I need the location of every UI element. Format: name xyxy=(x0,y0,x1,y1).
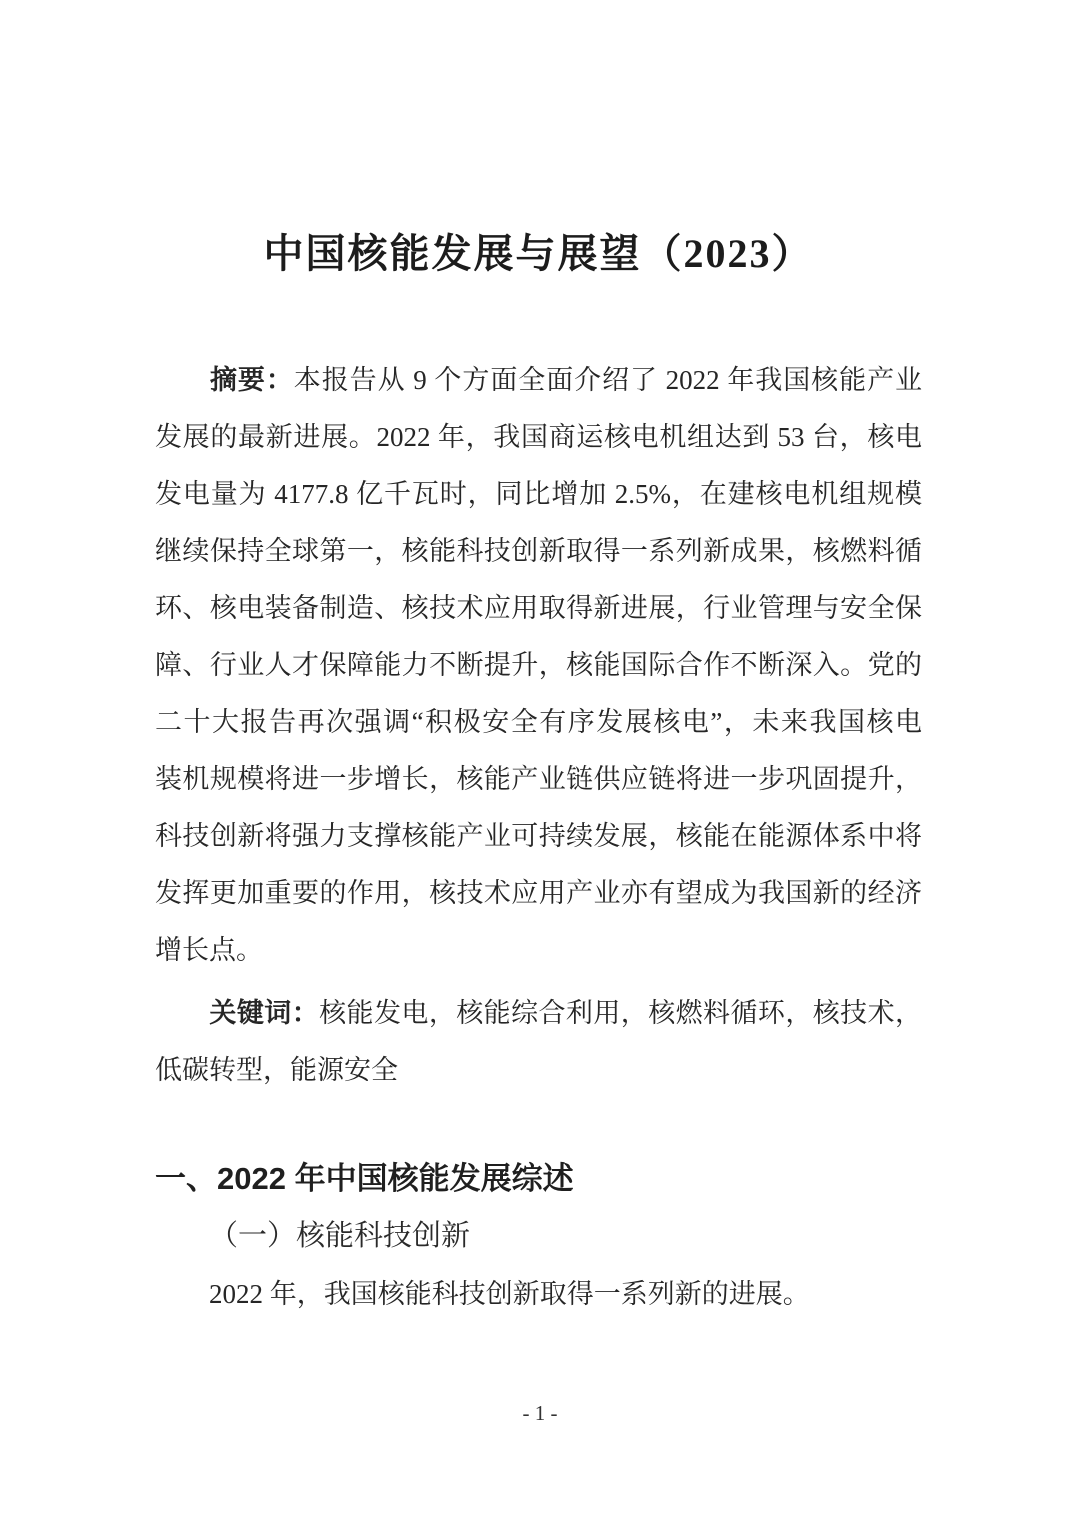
abstract-line: 环、核电装备制造、核技术应用取得新进展，行业管理与安全保 xyxy=(155,580,922,637)
section-heading: 一、2022 年中国核能发展综述 xyxy=(155,1150,922,1207)
keywords-paragraph: 关键词：核能发电，核能综合利用，核燃料循环，核技术， 低碳转型，能源安全 xyxy=(155,985,922,1099)
body-paragraph: 2022 年，我国核能科技创新取得一系列新的进展。 xyxy=(155,1266,922,1323)
abstract-line: 发挥更加重要的作用，核技术应用产业亦有望成为我国新的经济 xyxy=(155,865,922,922)
keywords-line: 低碳转型，能源安全 xyxy=(155,1042,922,1099)
keywords-label: 关键词： xyxy=(209,998,319,1028)
keywords-text: 核能发电，核能综合利用，核燃料循环，核技术， xyxy=(319,998,922,1028)
abstract-line: 摘要：本报告从 9 个方面全面介绍了 2022 年我国核能产业 xyxy=(155,352,922,409)
subsection-heading: （一）核能科技创新 xyxy=(155,1208,922,1265)
abstract-paragraph: 摘要：本报告从 9 个方面全面介绍了 2022 年我国核能产业 发展的最新进展。… xyxy=(155,352,922,979)
abstract-line: 增长点。 xyxy=(155,922,922,979)
abstract-text: 本报告从 9 个方面全面介绍了 2022 年我国核能产业 xyxy=(294,365,922,395)
page-number: - 1 - xyxy=(523,1401,558,1425)
page-footer: - 1 - xyxy=(0,1398,1080,1428)
document-page: 中国核能发展与展望（2023） 摘要：本报告从 9 个方面全面介绍了 2022 … xyxy=(0,0,1080,1527)
paragraph-indent xyxy=(155,388,209,389)
abstract-line: 障、行业人才保障能力不断提升，核能国际合作不断深入。党的 xyxy=(155,637,922,694)
abstract-line: 发展的最新进展。2022 年，我国商运核电机组达到 53 台，核电 xyxy=(155,409,922,466)
abstract-label: 摘要： xyxy=(209,365,294,395)
abstract-line: 继续保持全球第一，核能科技创新取得一系列新成果，核燃料循 xyxy=(155,523,922,580)
document-title: 中国核能发展与展望（2023） xyxy=(155,222,922,279)
abstract-line: 二十大报告再次强调“积极安全有序发展核电”，未来我国核电 xyxy=(155,694,922,751)
abstract-line: 装机规模将进一步增长，核能产业链供应链将进一步巩固提升， xyxy=(155,751,922,808)
abstract-line: 发电量为 4177.8 亿千瓦时，同比增加 2.5%，在建核电机组规模 xyxy=(155,466,922,523)
keywords-line: 关键词：核能发电，核能综合利用，核燃料循环，核技术， xyxy=(155,985,922,1042)
abstract-line: 科技创新将强力支撑核能产业可持续发展，核能在能源体系中将 xyxy=(155,808,922,865)
paragraph-indent xyxy=(155,1021,209,1022)
